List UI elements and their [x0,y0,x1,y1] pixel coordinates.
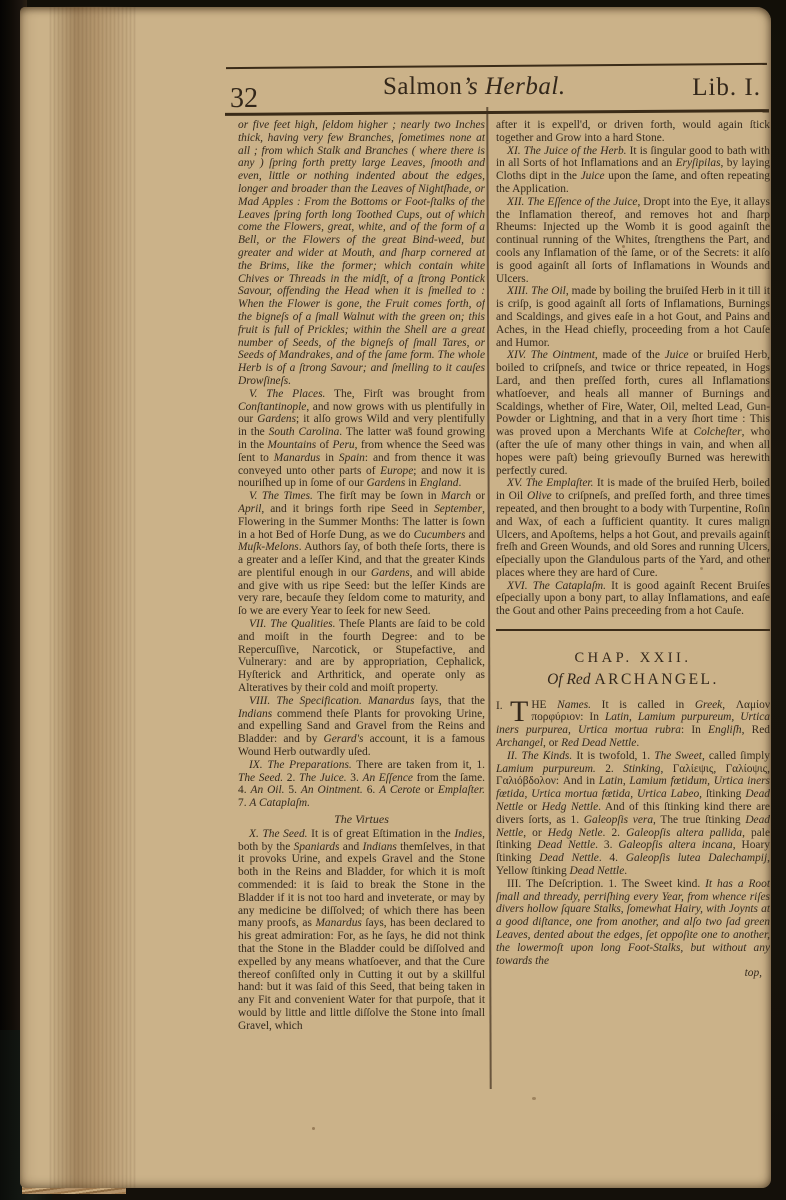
left-text-column: or five feet high, ſeldom higher ; nearl… [238,119,485,1097]
catchword: top, [496,967,770,980]
running-title-word: Herbal. [478,73,565,100]
section-divider-rule [496,629,770,631]
paragraph: VIII. The Specification. Manardus ſays, … [238,695,485,759]
column-divider-rule [486,107,491,1089]
running-title: Salmon’s Herbal. [383,73,566,101]
right-text-column: after it is expell'd, or driven forth, w… [496,119,770,1097]
scanned-book-photo: { "header": { "page_number": "32", "titl… [0,0,786,1200]
paragraph: or five feet high, ſeldom higher ; nearl… [238,119,485,388]
paragraph: X. The Seed. It is of great Eſtimation i… [238,828,485,1033]
chapter-subtitle: Of Red ARCHANGEL. [496,674,770,687]
foxing-speck [532,1097,536,1100]
running-title-name: Salmon [383,73,462,100]
paragraph: VII. The Qualities. Theſe Plants are ſai… [238,618,485,695]
paragraph: I.THE Names. It is called in Greek, Λαμί… [496,699,770,750]
foxing-speck [408,427,412,430]
gutter-stain [50,7,136,1188]
paragraph: XI. The Juice of the Herb. It is ſingula… [496,145,770,196]
header-bottom-rule [225,109,769,115]
header-top-rule [226,63,767,69]
paragraph: IX. The Preparations. There are taken fr… [238,759,485,810]
book-page: 32 Salmon’s Herbal. Lib. I. or five feet… [20,7,771,1188]
paragraph: V. The Places. The, Firſt was brought fr… [238,388,485,490]
paragraph: XIV. The Ointment, made of the Juice or … [496,349,770,477]
drop-cap: T [510,699,531,724]
chapter-heading: CHAP. XXII. [496,652,770,665]
paragraph: after it is expell'd, or driven forth, w… [496,119,770,145]
paragraph: XIII. The Oil, made by boiling the bruiſ… [496,285,770,349]
foxing-speck [700,567,703,570]
paragraph: II. The Kinds. It is twofold, 1. The Swe… [496,750,770,878]
running-title-possessive: ’s [462,73,478,100]
paragraph: XVI. The Cataplaſm. It is good againſt R… [496,580,770,618]
paragraph: V. The Times. The firſt may be ſown in M… [238,490,485,618]
virtues-heading: The Virtues [238,813,485,826]
book-part-label: Lib. I. [692,74,761,102]
foxing-speck [312,1127,315,1130]
paragraph: III. The Deſcription. 1. The Sweet kind.… [496,878,770,968]
page-number: 32 [230,83,258,115]
paragraph: XV. The Emplaſter. It is made of the bru… [496,477,770,579]
foxing-speck [622,245,625,248]
paragraph: XII. The Eſſence of the Juice, Dropt int… [496,196,770,286]
